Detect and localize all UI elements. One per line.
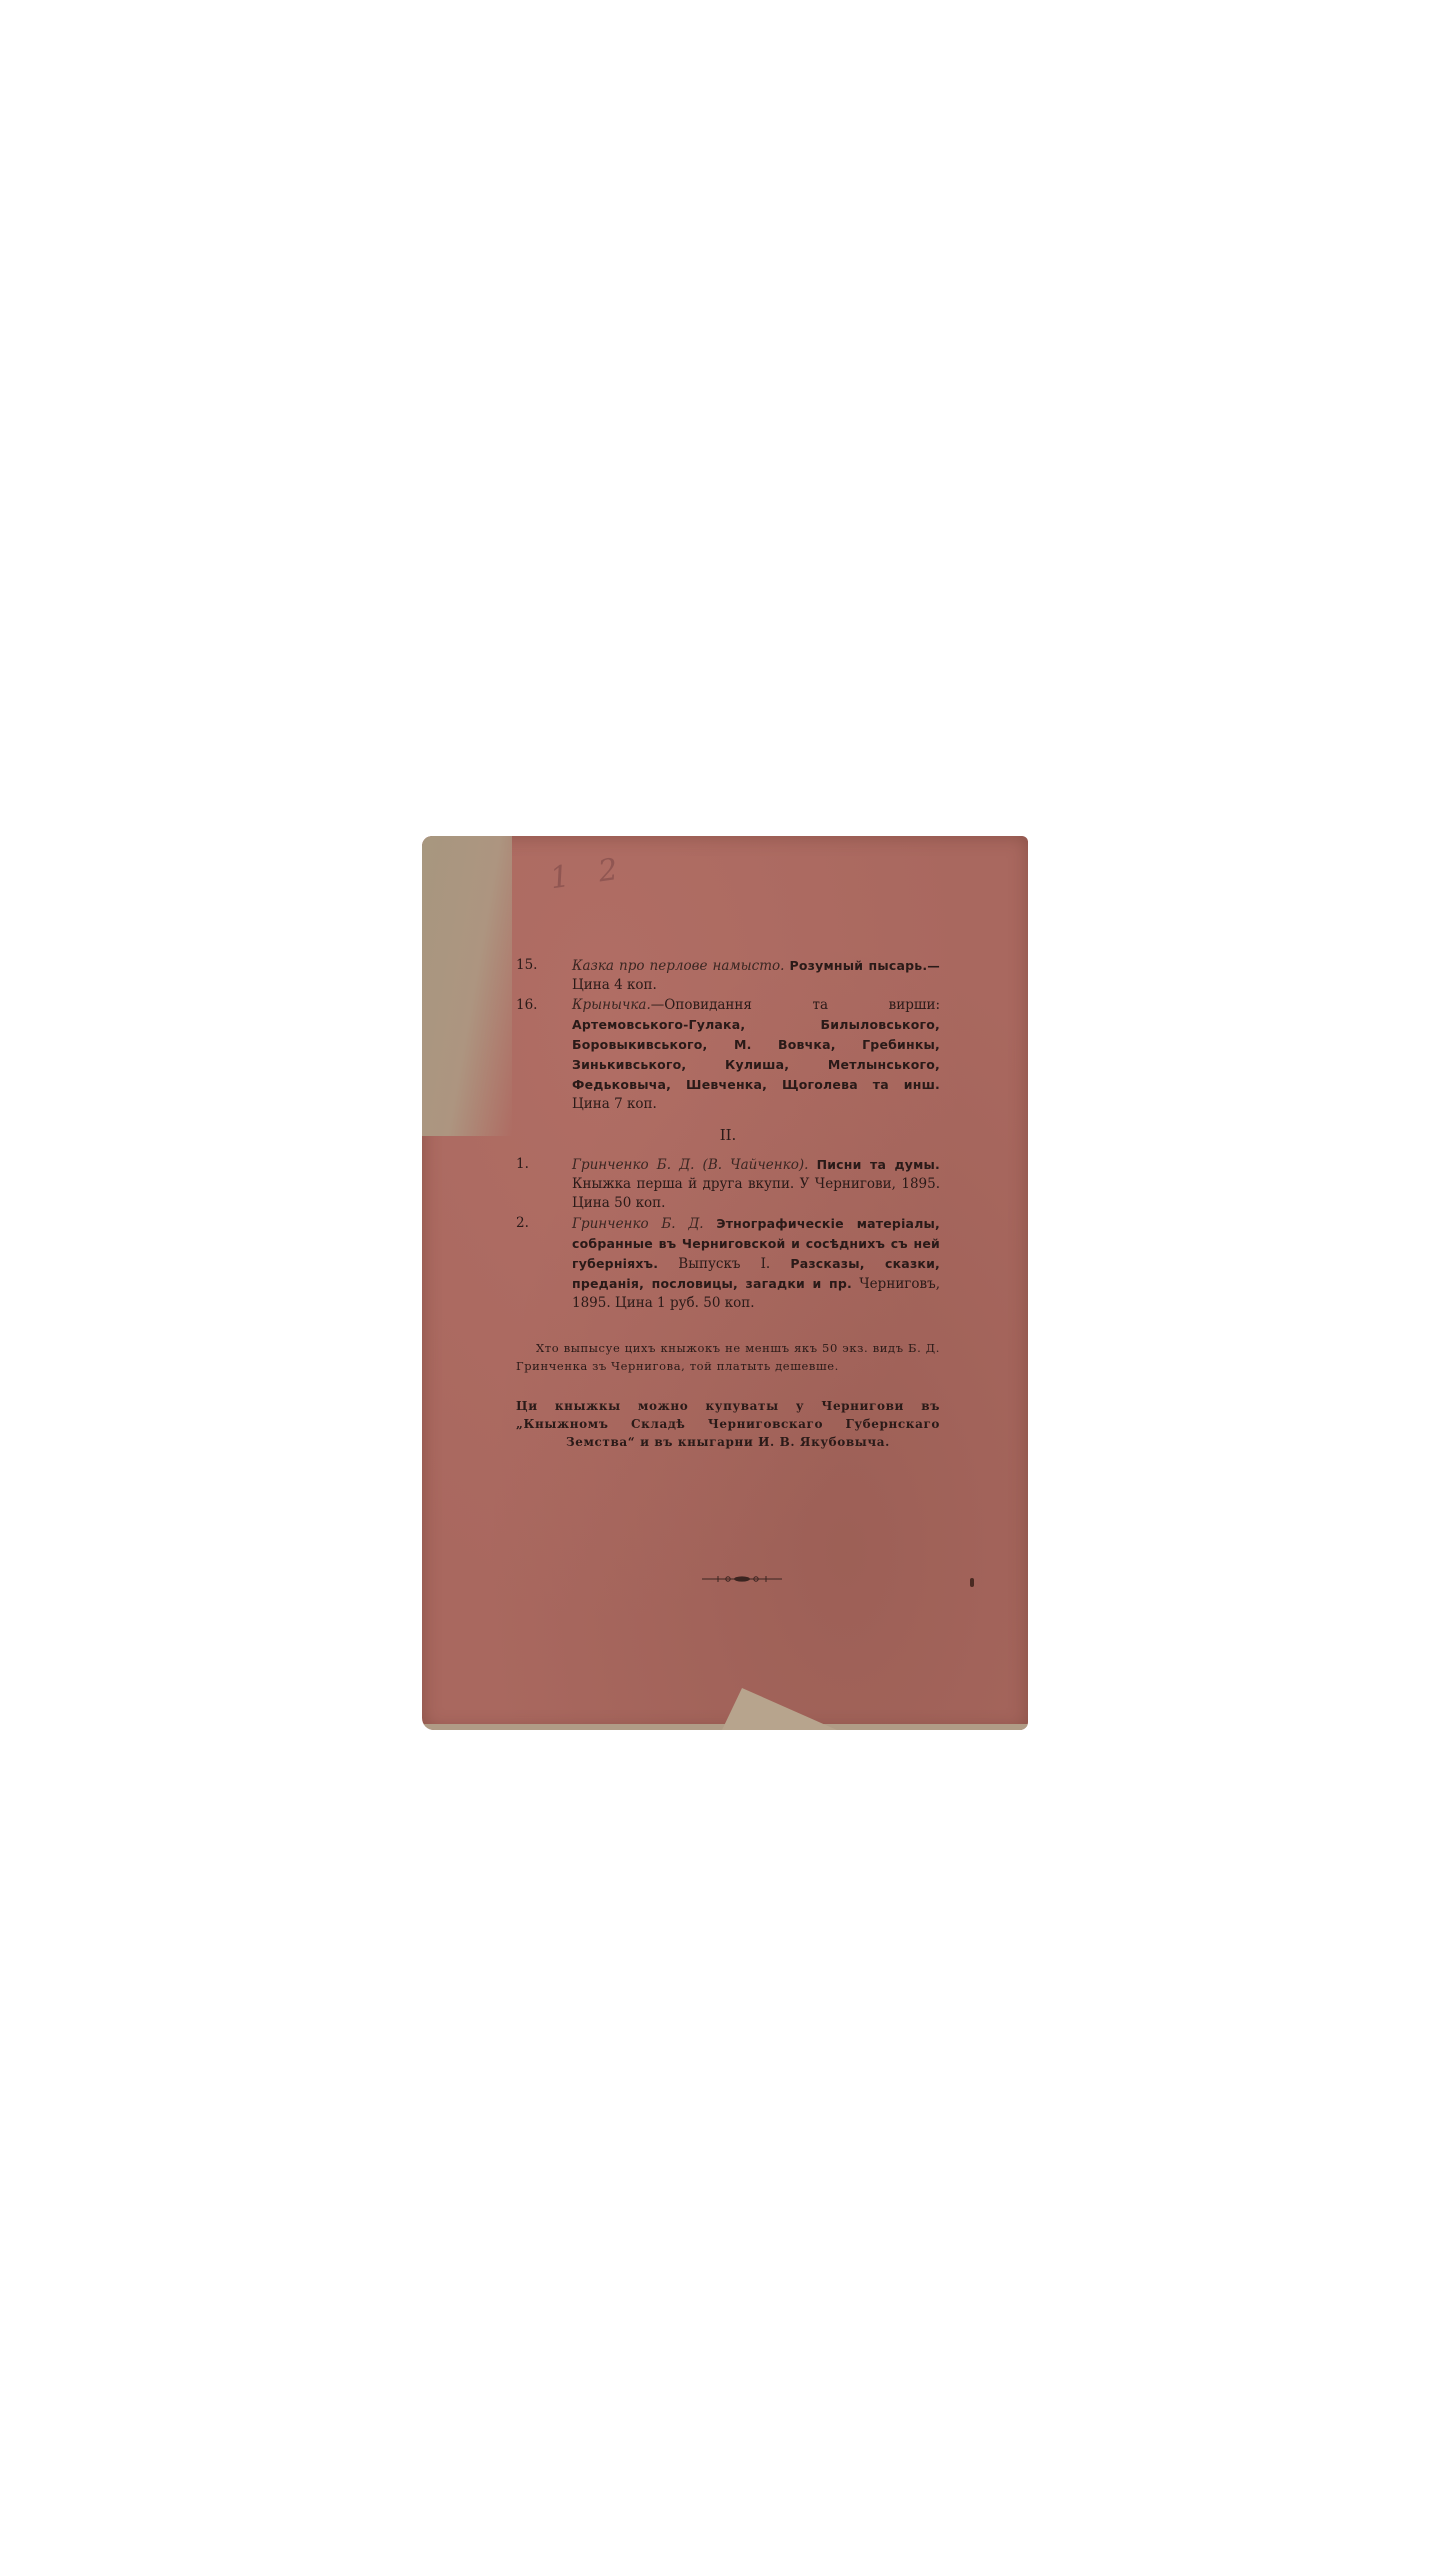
- entry-price: Цина 7 коп.: [572, 1096, 657, 1112]
- entry-title: Крынычка.: [572, 997, 651, 1013]
- entry-price: Цина 1 руб. 50 коп.: [615, 1295, 755, 1311]
- ornament-divider-icon: [702, 1574, 782, 1584]
- torn-notch: [722, 1688, 837, 1730]
- entry-price: Цина 4 коп.: [572, 977, 657, 993]
- entry-number: 16.: [516, 996, 537, 1015]
- list-item: 2. Гринченко Б. Д. Этнографическіе матер…: [516, 1214, 940, 1313]
- entry-issue: Выпускъ I.: [678, 1256, 770, 1272]
- entry-title: Казка про перлове намысто.: [572, 958, 784, 974]
- handwritten-mark: 1 2: [548, 851, 630, 896]
- entry-author: Гринченко Б. Д. (В. Чайченко).: [572, 1157, 808, 1173]
- list-item: 16. Крынычка.—Оповидання та вирши: Артем…: [516, 996, 940, 1114]
- entry-intro: —Оповидання та вирши:: [651, 997, 940, 1013]
- entry-number: 2.: [516, 1214, 529, 1233]
- entry-number: 1.: [516, 1155, 529, 1174]
- entry-number: 15.: [516, 956, 537, 975]
- entry-author: Гринченко Б. Д.: [572, 1216, 704, 1232]
- pamphlet-back-cover: 1 2 15. Казка про перлове намысто. Розум…: [422, 836, 1028, 1730]
- list-item: 15. Казка про перлове намысто. Розумный …: [516, 956, 940, 995]
- publisher-list: 15. Казка про перлове намысто. Розумный …: [516, 956, 940, 1451]
- faded-corner-stain: [422, 836, 512, 1136]
- list-item: 1. Гринченко Б. Д. (В. Чайченко). Писни …: [516, 1155, 940, 1213]
- section-heading: II.: [516, 1126, 940, 1145]
- entry-contents: Розумный пысарь.—: [790, 958, 941, 973]
- entry-title: Писни та думы.: [817, 1157, 940, 1172]
- entry-contents: Артемовського-Гулака, Билыловського, Бор…: [572, 1017, 940, 1092]
- ink-speck: [970, 1578, 974, 1587]
- entry-price: Цина 50 коп.: [572, 1195, 665, 1211]
- discount-note: Хто выпысуе цихъ кныжокъ не меншъ якъ 50…: [516, 1339, 940, 1375]
- entry-details: Кныжка перша й друга вкупи. У Чернигови,…: [572, 1176, 940, 1192]
- purchase-note: Ци кныжкы можно купуваты у Чернигови въ …: [516, 1397, 940, 1451]
